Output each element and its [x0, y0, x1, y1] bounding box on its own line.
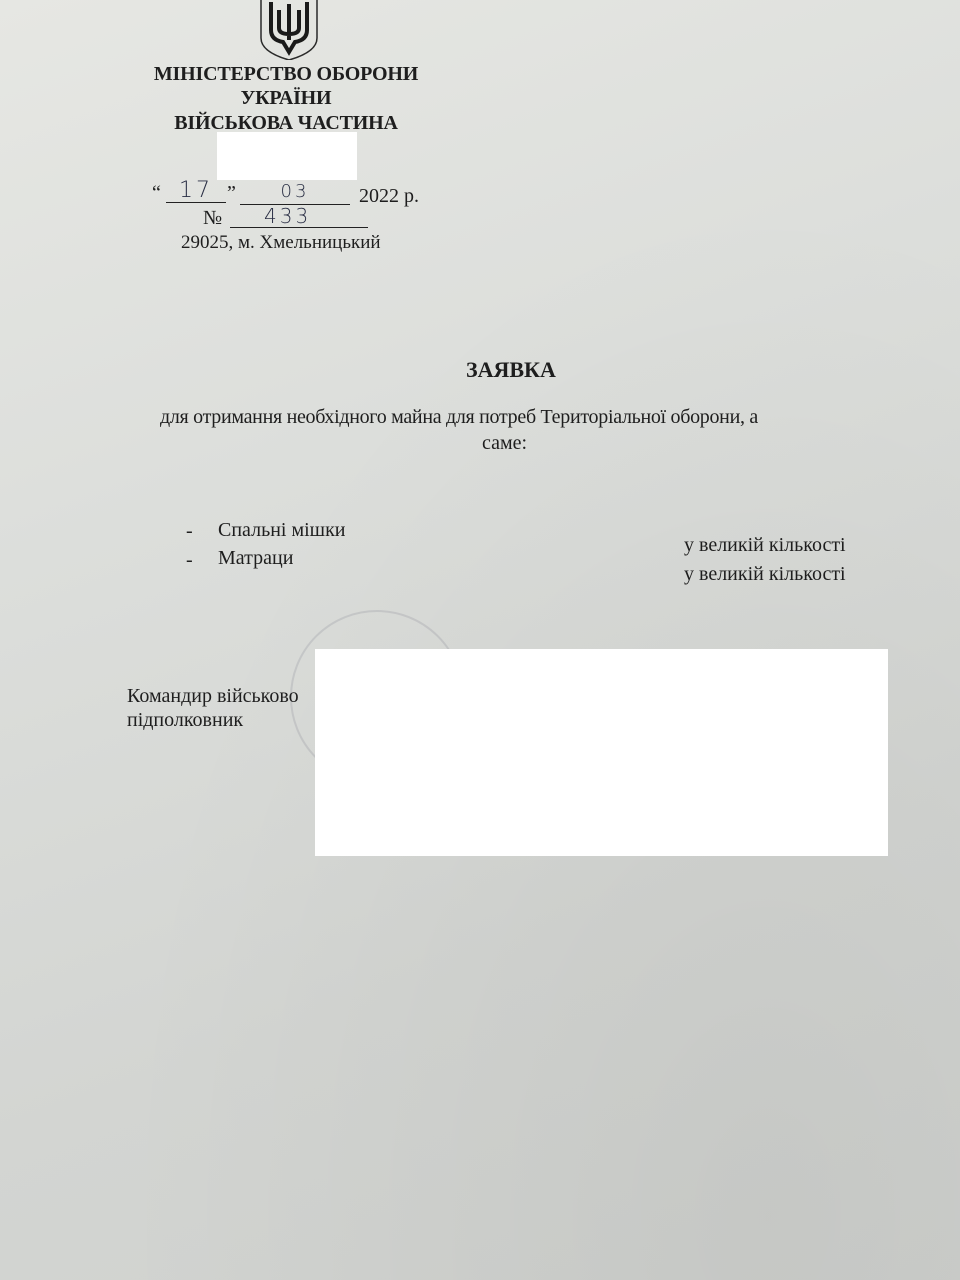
signature-rank: підполковник: [127, 709, 243, 732]
item-quantity: у великій кількості: [684, 563, 846, 586]
document-subtitle-line1: для отримання необхідного майна для потр…: [160, 406, 870, 429]
document-title: ЗАЯВКА: [466, 357, 556, 383]
redacted-signature-block: [315, 649, 888, 856]
item-name: Матраци: [218, 547, 293, 570]
item-quantity: у великій кількості: [684, 534, 846, 557]
paper-shading: [0, 0, 960, 1280]
number-label: №: [203, 207, 222, 230]
date-month-value: 03: [281, 181, 310, 202]
date-month-field: 03: [240, 181, 350, 205]
date-close-quote: ”: [227, 182, 236, 205]
date-open-quote: “: [152, 182, 161, 205]
number-value: 433: [264, 204, 311, 228]
date-day-value: 17: [179, 178, 213, 203]
item-name: Спальні мішки: [218, 519, 346, 542]
ministry-name-line1: МІНІСТЕРСТВО ОБОРОНИ: [120, 64, 452, 84]
document-subtitle-line2: саме:: [482, 432, 527, 455]
date-day-field: 17: [166, 178, 226, 203]
ministry-name-line2: УКРАЇНИ: [120, 88, 452, 108]
trident-coat-of-arms-icon: [257, 0, 321, 60]
date-year: 2022 р.: [359, 185, 419, 208]
redacted-unit-number: [217, 132, 357, 180]
military-unit-label: ВІЙСЬКОВА ЧАСТИНА: [120, 113, 452, 133]
signature-position: Командир військово: [127, 685, 299, 708]
list-bullet: -: [186, 549, 193, 572]
number-field: 433: [230, 204, 368, 228]
list-bullet: -: [186, 520, 193, 543]
address: 29025, м. Хмельницький: [181, 232, 381, 254]
